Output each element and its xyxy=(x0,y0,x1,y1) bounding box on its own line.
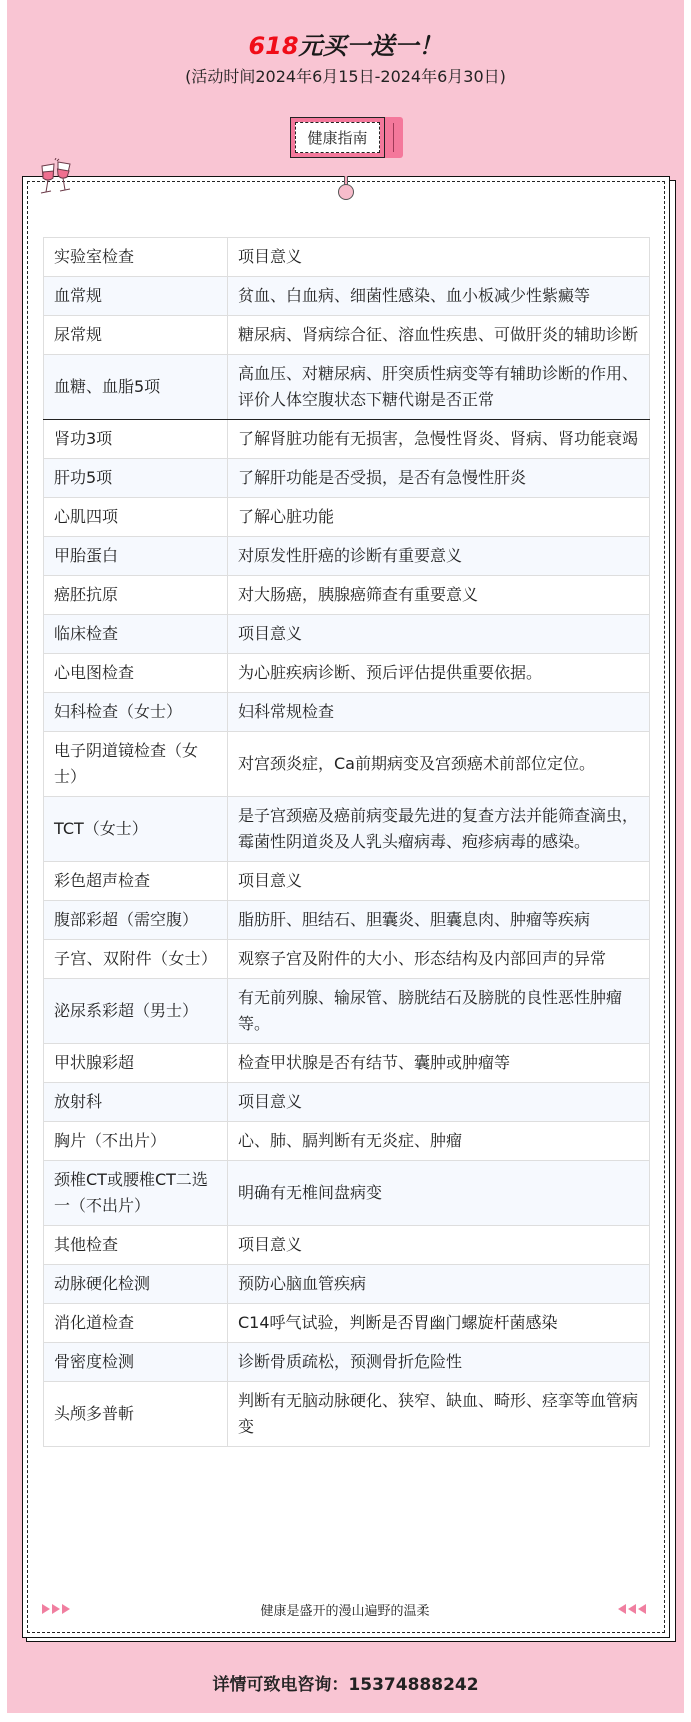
table-row: 肾功3项了解肾脏功能有无损害，急慢性肾炎、肾病、肾功能衰竭 xyxy=(44,420,650,459)
table-row: 妇科检查（女士）妇科常规检查 xyxy=(44,693,650,732)
exam-meaning: 项目意义 xyxy=(228,1083,650,1122)
arrows-left-icon xyxy=(618,1604,646,1614)
exam-meaning: 项目意义 xyxy=(228,238,650,277)
exam-name: 血糖、血脂5项 xyxy=(44,355,228,420)
exam-meaning: 妇科常规检查 xyxy=(228,693,650,732)
exam-name: 血常规 xyxy=(44,277,228,316)
table-row: 尿常规糖尿病、肾病综合征、溶血性疾患、可做肝炎的辅助诊断 xyxy=(44,316,650,355)
exam-meaning: 诊断骨质疏松，预测骨折危险性 xyxy=(228,1343,650,1382)
promo-title: 618元买一送一！ xyxy=(0,26,691,61)
exam-meaning: 对原发性肝癌的诊断有重要意义 xyxy=(228,537,650,576)
exam-meaning: 有无前列腺、输尿管、膀胱结石及膀胱的良性恶性肿瘤等。 xyxy=(228,979,650,1044)
exam-name: 头颅多普斬 xyxy=(44,1382,228,1447)
guide-badge-label: 健康指南 xyxy=(295,122,380,153)
table-row: 彩色超声检查项目意义 xyxy=(44,862,650,901)
exam-meaning: 预防心脑血管疾病 xyxy=(228,1265,650,1304)
exam-name: 肝功5项 xyxy=(44,459,228,498)
exam-name: 肾功3项 xyxy=(44,420,228,459)
exam-meaning: 脂肪肝、胆结石、胆囊炎、胆囊息肉、肿瘤等疾病 xyxy=(228,901,650,940)
exam-meaning: 贫血、白血病、细菌性感染、血小板减少性紫癜等 xyxy=(228,277,650,316)
exam-meaning: 检查甲状腺是否有结节、囊肿或肿瘤等 xyxy=(228,1044,650,1083)
exam-name: 心肌四项 xyxy=(44,498,228,537)
exam-name: 甲状腺彩超 xyxy=(44,1044,228,1083)
exam-name: 甲胎蛋白 xyxy=(44,537,228,576)
table-row: 肝功5项了解肝功能是否受损，是否有急慢性肝炎 xyxy=(44,459,650,498)
exam-name: 骨密度检测 xyxy=(44,1343,228,1382)
promo-period: (活动时间2024年6月15日-2024年6月30日) xyxy=(0,64,691,87)
table-row: 甲状腺彩超检查甲状腺是否有结节、囊肿或肿瘤等 xyxy=(44,1044,650,1083)
table-row: 消化道检查C14呼气试验，判断是否胃幽门螺旋杆菌感染 xyxy=(44,1304,650,1343)
table-row: 泌尿系彩超（男士）有无前列腺、输尿管、膀胱结石及膀胱的良性恶性肿瘤等。 xyxy=(44,979,650,1044)
table-row: 其他检查项目意义 xyxy=(44,1226,650,1265)
exam-name: TCT（女士） xyxy=(44,797,228,862)
table-row: 胸片（不出片）心、肺、膈判断有无炎症、肿瘤 xyxy=(44,1122,650,1161)
exam-meaning: 项目意义 xyxy=(228,862,650,901)
exam-name: 胸片（不出片） xyxy=(44,1122,228,1161)
guide-badge: 健康指南 xyxy=(290,117,405,158)
exam-meaning: 了解肝功能是否受损，是否有急慢性肝炎 xyxy=(228,459,650,498)
slogan: 健康是盛开的漫山遍野的温柔 xyxy=(22,1600,668,1619)
exam-meaning: 判断有无脑动脉硬化、狭窄、缺血、畸形、痉挛等血管病变 xyxy=(228,1382,650,1447)
exam-name: 颈椎CT或腰椎CT二选一（不出片） xyxy=(44,1161,228,1226)
table-row: 电子阴道镜检查（女士）对宫颈炎症，Ca前期病变及宫颈癌术前部位定位。 xyxy=(44,732,650,797)
exam-meaning: 观察子宫及附件的大小、形态结构及内部回声的异常 xyxy=(228,940,650,979)
exam-meaning: 对宫颈炎症，Ca前期病变及宫颈癌术前部位定位。 xyxy=(228,732,650,797)
ticket-body: 健康指南 xyxy=(290,117,385,158)
exam-name: 临床检查 xyxy=(44,615,228,654)
exam-name: 动脉硬化检测 xyxy=(44,1265,228,1304)
exam-name: 子宫、双附件（女士） xyxy=(44,940,228,979)
table-row: 血常规贫血、白血病、细菌性感染、血小板减少性紫癜等 xyxy=(44,277,650,316)
exam-meaning: 为心脏疾病诊断、预后评估提供重要依据。 xyxy=(228,654,650,693)
exam-name: 妇科检查（女士） xyxy=(44,693,228,732)
exam-meaning: C14呼气试验，判断是否胃幽门螺旋杆菌感染 xyxy=(228,1304,650,1343)
table-row: 腹部彩超（需空腹）脂肪肝、胆结石、胆囊炎、胆囊息肉、肿瘤等疾病 xyxy=(44,901,650,940)
exam-meaning: 了解肾脏功能有无损害，急慢性肾炎、肾病、肾功能衰竭 xyxy=(228,420,650,459)
hanger-ball-icon xyxy=(338,184,354,200)
table-row: 癌胚抗原对大肠癌，胰腺癌筛查有重要意义 xyxy=(44,576,650,615)
exam-meaning: 明确有无椎间盘病变 xyxy=(228,1161,650,1226)
exam-name: 消化道检查 xyxy=(44,1304,228,1343)
table-row: 骨密度检测诊断骨质疏松，预测骨折危险性 xyxy=(44,1343,650,1382)
exam-table: 实验室检查项目意义 血常规贫血、白血病、细菌性感染、血小板减少性紫癜等 尿常规糖… xyxy=(43,237,650,1447)
exam-name: 癌胚抗原 xyxy=(44,576,228,615)
promo-text: 元买一送一！ xyxy=(299,32,443,60)
wine-glasses-icon xyxy=(34,158,84,198)
table-row: 颈椎CT或腰椎CT二选一（不出片）明确有无椎间盘病变 xyxy=(44,1161,650,1226)
exam-meaning: 项目意义 xyxy=(228,615,650,654)
contact-phone: 详情可致电咨询：15374888242 xyxy=(0,1670,691,1695)
exam-name: 彩色超声检查 xyxy=(44,862,228,901)
exam-meaning: 是子宫颈癌及癌前病变最先进的复查方法并能筛查滴虫，霉菌性阴道炎及人乳头瘤病毒、疱… xyxy=(228,797,650,862)
exam-meaning: 糖尿病、肾病综合征、溶血性疾患、可做肝炎的辅助诊断 xyxy=(228,316,650,355)
exam-meaning: 项目意义 xyxy=(228,1226,650,1265)
table-row: 血糖、血脂5项高血压、对糖尿病、肝突质性病变等有辅助诊断的作用、评价人体空腹状态… xyxy=(44,355,650,420)
exam-meaning: 了解心脏功能 xyxy=(228,498,650,537)
table-row: 子宫、双附件（女士）观察子宫及附件的大小、形态结构及内部回声的异常 xyxy=(44,940,650,979)
table-row: 心电图检查为心脏疾病诊断、预后评估提供重要依据。 xyxy=(44,654,650,693)
table-row: 实验室检查项目意义 xyxy=(44,238,650,277)
exam-name: 尿常规 xyxy=(44,316,228,355)
exam-meaning: 高血压、对糖尿病、肝突质性病变等有辅助诊断的作用、评价人体空腹状态下糖代谢是否正… xyxy=(228,355,650,420)
exam-name: 电子阴道镜检查（女士） xyxy=(44,732,228,797)
table-row: 动脉硬化检测预防心脑血管疾病 xyxy=(44,1265,650,1304)
exam-name: 其他检查 xyxy=(44,1226,228,1265)
table-row: 放射科项目意义 xyxy=(44,1083,650,1122)
promo-number: 618 xyxy=(248,32,298,60)
card-footer: 健康是盛开的漫山遍野的温柔 xyxy=(22,1600,668,1620)
ticket-stub xyxy=(385,117,403,158)
table-row: 临床检查项目意义 xyxy=(44,615,650,654)
table-row: 甲胎蛋白对原发性肝癌的诊断有重要意义 xyxy=(44,537,650,576)
exam-name: 放射科 xyxy=(44,1083,228,1122)
exam-name: 心电图检查 xyxy=(44,654,228,693)
table-row: 头颅多普斬判断有无脑动脉硬化、狭窄、缺血、畸形、痉挛等血管病变 xyxy=(44,1382,650,1447)
exam-name: 泌尿系彩超（男士） xyxy=(44,979,228,1044)
exam-name: 腹部彩超（需空腹） xyxy=(44,901,228,940)
exam-meaning: 心、肺、膈判断有无炎症、肿瘤 xyxy=(228,1122,650,1161)
table-row: 心肌四项了解心脏功能 xyxy=(44,498,650,537)
exam-name: 实验室检查 xyxy=(44,238,228,277)
exam-meaning: 对大肠癌，胰腺癌筛查有重要意义 xyxy=(228,576,650,615)
table-row: TCT（女士）是子宫颈癌及癌前病变最先进的复查方法并能筛查滴虫，霉菌性阴道炎及人… xyxy=(44,797,650,862)
